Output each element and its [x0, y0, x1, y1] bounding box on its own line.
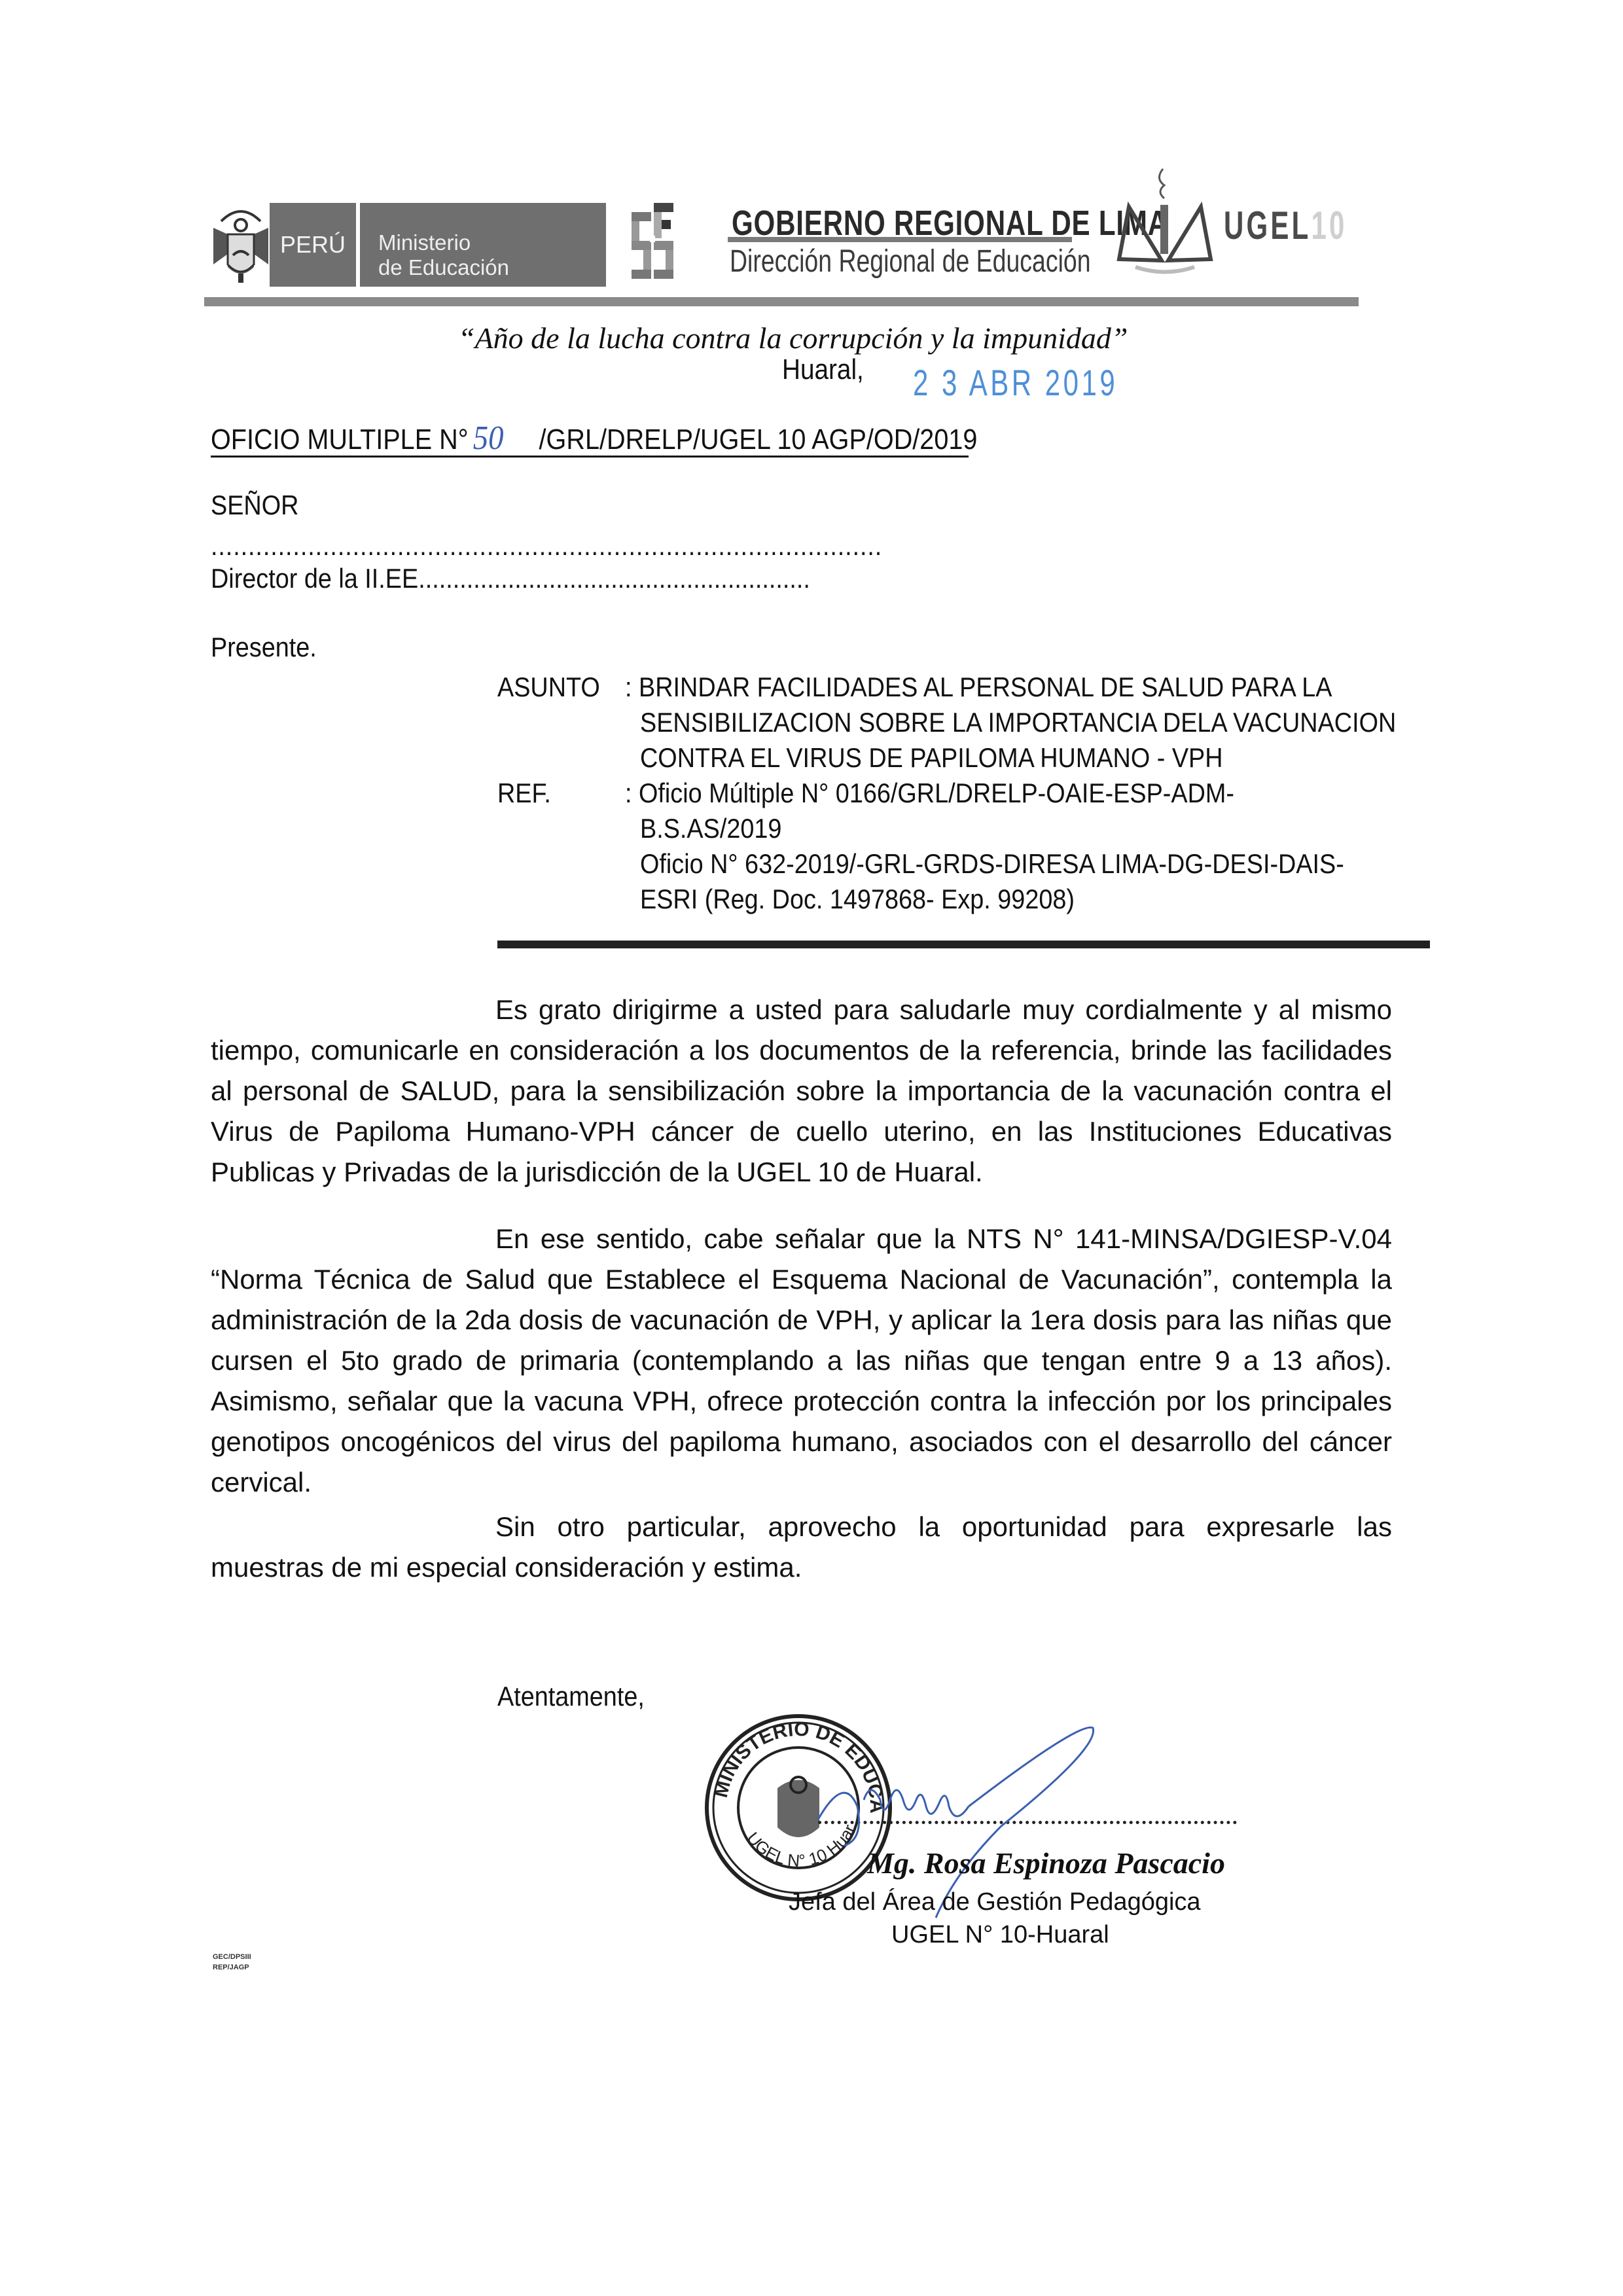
paragraph-2-text: En ese sentido, cabe señalar que la NTS …	[211, 1223, 1392, 1498]
peru-brand-box: PERÚ	[270, 203, 356, 287]
initials-line: GEC/DPSIII	[213, 1952, 251, 1962]
regional-government-logo-icon	[632, 203, 673, 285]
ref-line: Oficio N° 632-2019/-GRL-GRDS-DIRESA LIMA…	[640, 848, 1344, 880]
year-motto: “Año de la lucha contra la corrupción y …	[458, 321, 1128, 355]
oficio-suffix: /GRL/DRELP/UGEL 10 AGP/OD/2019	[539, 423, 978, 456]
farewell: Atentamente,	[497, 1681, 645, 1712]
ministry-brand-box: Ministerio de Educación	[360, 203, 606, 287]
oficio-number-line: OFICIO MULTIPLE N°50/GRL/DRELP/UGEL 10 A…	[211, 419, 977, 457]
signer-office: UGEL N° 10-Huaral	[891, 1921, 1109, 1949]
regional-title-rule	[728, 237, 1072, 242]
body-paragraph-2: En ese sentido, cabe señalar que la NTS …	[211, 1219, 1392, 1503]
asunto-line: SENSIBILIZACION SOBRE LA IMPORTANCIA DEL…	[640, 707, 1396, 738]
place-label: Huaral,	[782, 353, 864, 386]
ugel-wordmark: UGEL10	[1224, 203, 1347, 248]
oficio-prefix: OFICIO MULTIPLE N°	[211, 423, 469, 456]
ugel-number: 10	[1311, 204, 1347, 247]
reference-initials: GEC/DPSIII REP/JAGP	[213, 1952, 251, 1973]
presente-label: Presente.	[211, 632, 317, 663]
ugel-label: UGEL	[1224, 204, 1311, 247]
ref-line: B.S.AS/2019	[640, 813, 781, 844]
asunto-label: ASUNTO	[497, 672, 600, 703]
ref-label: REF.	[497, 778, 551, 809]
paragraph-1-text: Es grato dirigirme a usted para saludarl…	[211, 994, 1392, 1187]
regional-direction-subtitle: Dirección Regional de Educación	[730, 243, 1091, 279]
salutation: SEÑOR	[211, 490, 298, 521]
initials-line: REP/JAGP	[213, 1962, 251, 1973]
date-stamp: 2 3 ABR 2019	[913, 361, 1118, 404]
ref-line: : Oficio Múltiple N° 0166/GRL/DRELP-OAIE…	[625, 778, 1234, 809]
peru-coat-of-arms-icon	[208, 202, 274, 283]
signer-name: Mg. Rosa Espinoza Pascacio	[867, 1846, 1225, 1880]
recipient-director-line: Director de la II.EE....................…	[211, 563, 810, 594]
paragraph-3-text: Sin otro particular, aprovecho la oportu…	[211, 1511, 1392, 1583]
oficio-handwritten-number: 50	[473, 420, 504, 457]
signer-title: Jefa del Área de Gestión Pedagógica	[789, 1888, 1201, 1916]
asunto-line: CONTRA EL VIRUS DE PAPILOMA HUMANO - VPH	[640, 742, 1223, 774]
body-paragraph-3: Sin otro particular, aprovecho la oportu…	[211, 1507, 1392, 1588]
body-paragraph-1: Es grato dirigirme a usted para saludarl…	[211, 990, 1392, 1193]
peru-label: PERÚ	[280, 231, 346, 259]
reference-divider	[497, 941, 1430, 948]
ugel-book-torch-logo-icon	[1109, 162, 1221, 280]
asunto-line: : BRINDAR FACILIDADES AL PERSONAL DE SAL…	[625, 672, 1332, 703]
recipient-name-blank: ........................................…	[211, 530, 882, 562]
header-divider	[204, 297, 1359, 306]
oficio-underline	[211, 456, 969, 457]
ref-line: ESRI (Reg. Doc. 1497868- Exp. 99208)	[640, 884, 1075, 915]
ministry-line-1: Ministerio	[378, 230, 606, 255]
ministry-line-2: de Educación	[378, 255, 606, 280]
